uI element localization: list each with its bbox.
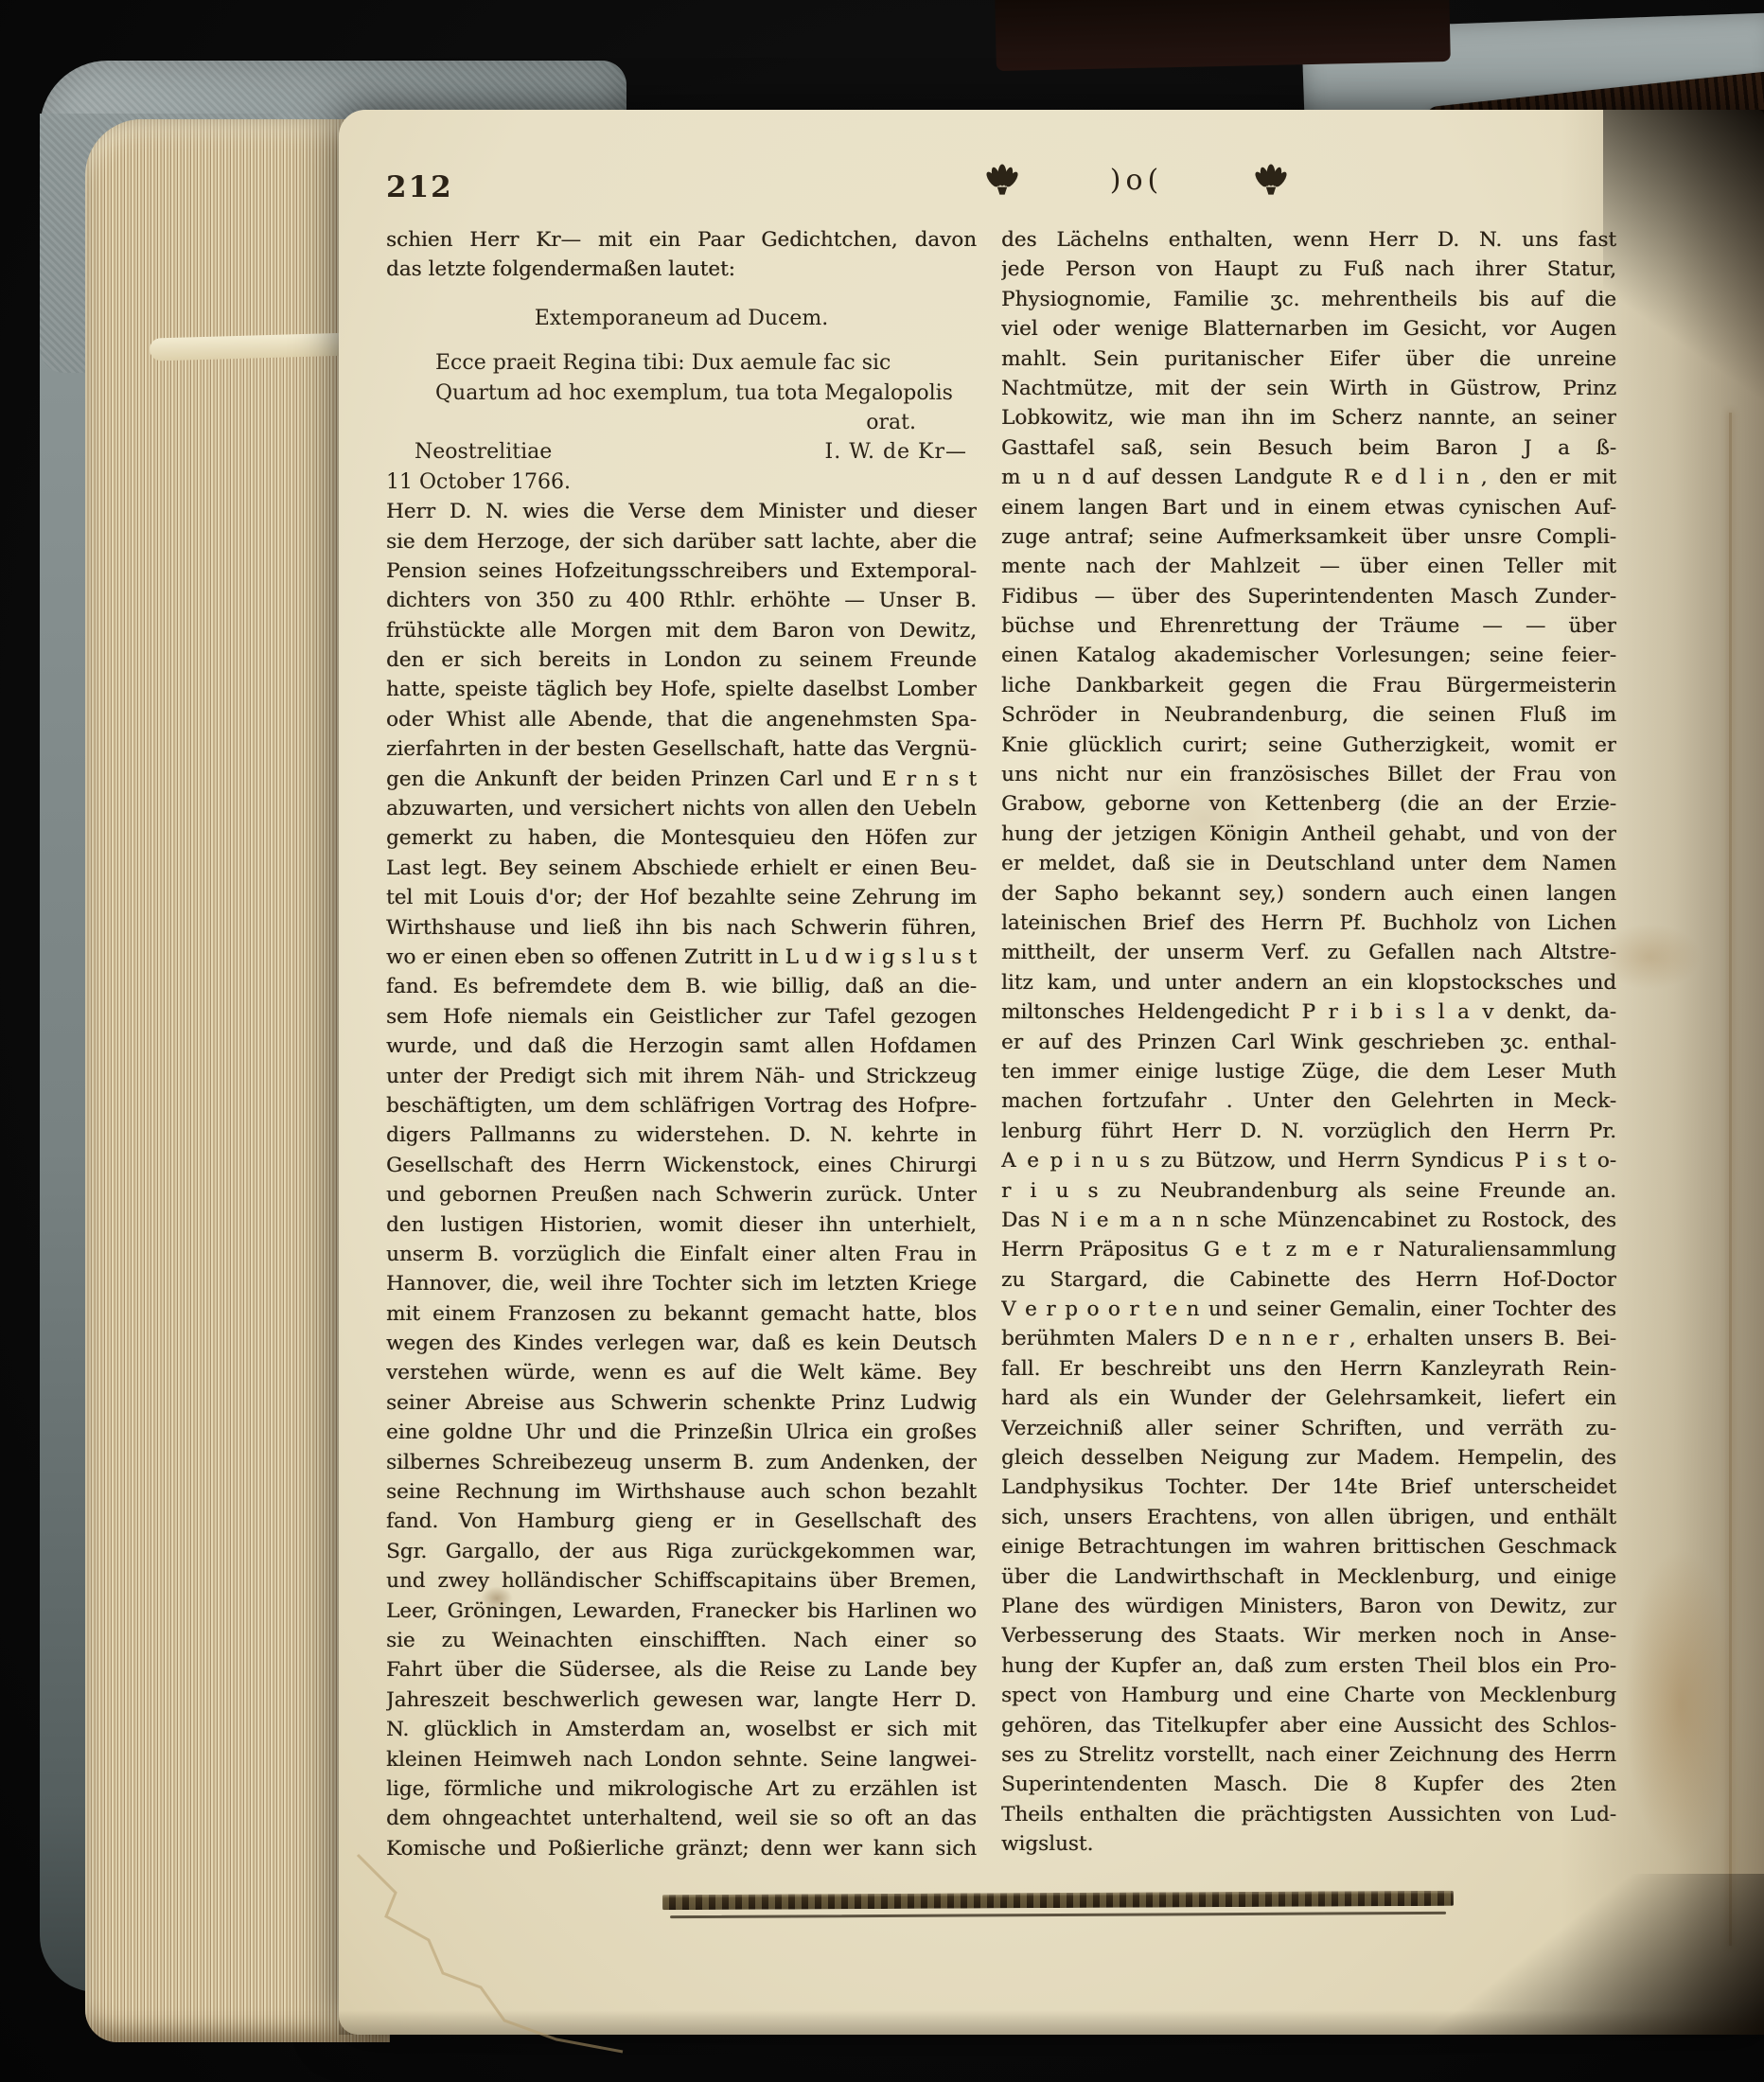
shell-fleuron-icon [1249,161,1293,204]
text-line: seiner Abreise aus Schwerin schenkte Pri… [386,1388,977,1418]
text-line: über die Landwirthschaft in Mecklenburg,… [1001,1562,1616,1592]
text-line: gehören, das Titelkupfer aber eine Aussi… [1001,1711,1616,1740]
text-line: Sgr. Gargallo, der aus Riga zurückgekomm… [386,1537,977,1566]
shell-fleuron-icon [980,161,1024,204]
text-line: fand. Es befremdete dem B. wie billig, d… [386,972,977,1001]
text-line: digers Pallmanns zu widerstehen. D. N. k… [386,1120,977,1150]
text-line: miltonsches Heldengedicht P r i b i s l … [1001,997,1616,1027]
text-line: dem ohngeachtet unterhaltend, weil sie s… [386,1804,977,1833]
text-line: Verzeichniß aller seiner Schriften, und … [1001,1414,1616,1443]
text-line: dichters von 350 zu 400 Rthlr. erhöhte —… [386,586,977,615]
text-line: lateinischen Brief des Herrn Pf. Buchhol… [1001,909,1616,938]
text-line: wigslust. [1001,1829,1616,1859]
text-line: wegen des Kindes verlegen war, daß es ke… [386,1329,977,1358]
text-line: wurde, und daß die Herzogin samt allen H… [386,1032,977,1061]
text-line: ten immer einige lustige Züge, die dem L… [1001,1057,1616,1086]
text-line: Grabow, geborne von Kettenberg (die an d… [1001,789,1616,819]
text-line: hard als ein Wunder der Gelehrsamkeit, l… [1001,1384,1616,1413]
text-line: hatte, speiste täglich bey Hofe, spielte… [386,675,977,704]
book-spine-strip [995,0,1451,71]
text-line: tel mit Louis d'or; der Hof bezahlte sei… [386,883,977,912]
text-line: Pension seines Hofzeitungsschreibers und… [386,556,977,586]
text-line: mit einem Franzosen zu bekannt gemacht h… [386,1299,977,1329]
text-line: Physiognomie, Familie ʒc. mehrentheils b… [1001,285,1616,314]
text-line: einen Katalog akademischer Vorlesungen; … [1001,641,1616,670]
dateline: Neostrelitiae I. W. de Kr— [386,437,977,467]
text-line: spect von Hamburg und eine Charte von Me… [1001,1681,1616,1710]
text-line: Knie glücklich curirt; seine Gutherzigke… [1001,731,1616,760]
dateline-date: 11 October 1766. [386,468,977,497]
text-line: frühstückte alle Morgen mit dem Baron vo… [386,616,977,645]
text-line: Das N i e m a n n sche Münzencabinet zu … [1001,1206,1616,1235]
text-line: berühmten Malers D e n n e r , erhalten … [1001,1324,1616,1353]
text-line: lenburg führt Herr D. N. vorzüglich den … [1001,1117,1616,1146]
text-line: Wirthshause und ließ ihn bis nach Schwer… [386,913,977,943]
text-line: und gebornen Preußen nach Schwerin zurüc… [386,1180,977,1209]
end-rule-bar [662,1891,1454,1910]
text-line: gleich desselben Neigung zur Madem. Hemp… [1001,1443,1616,1473]
text-line: seine Rechnung im Wirthshause auch schon… [386,1477,977,1507]
text-line: sem Hofe niemals ein Geistlicher zur Taf… [386,1002,977,1032]
text-line: Herr D. N. wies die Verse dem Minister u… [386,497,977,526]
text-line: einem langen Bart und in einem etwas cyn… [1001,493,1616,522]
text-line: Nachtmütze, mit der sein Wirth in Güstro… [1001,374,1616,403]
header-separator-mark: )o( [1110,164,1163,203]
text-line: N. glücklich in Amsterdam an, woselbst e… [386,1715,977,1744]
text-line: oder Whist alle Abende, that die angeneh… [386,705,977,734]
text-line: sie zu Weinachten einschifften. Nach ein… [386,1626,977,1655]
header-ornament-row: )o( [980,161,1293,204]
page-crease [1729,413,1732,1946]
text-line: silbernes Schreibezeug unserm B. zum And… [386,1448,977,1477]
paper-stain [1624,1548,1738,1861]
text-line: fand. Von Hamburg gieng er in Gesellscha… [386,1507,977,1536]
text-line: Landphysikus Tochter. Der 14te Brief unt… [1001,1473,1616,1502]
text-line: büchse und Ehrenrettung der Träume — — ü… [1001,611,1616,641]
text-line: machen fortzufahr . Unter den Gelehrten … [1001,1086,1616,1116]
text-line: Hannover, die, weil ihre Tochter sich im… [386,1269,977,1298]
text-line: kleinen Heimweh nach London sehnte. Sein… [386,1745,977,1774]
text-line: mahlt. Sein puritanischer Eifer über die… [1001,344,1616,374]
text-line: des Lächelns enthalten, wenn Herr D. N. … [1001,225,1616,255]
poem-line-end: orat. [386,408,977,437]
book-photo: { "colors": { "page": "#e8e0c6", "ink": … [0,0,1764,2082]
text-line: zuge antraf; seine Aufmerksamkeit über u… [1001,522,1616,552]
text-line: wo er einen eben so offenen Zutritt in L… [386,943,977,972]
text-line: Lobkowitz, wie man ihn im Scherz nannte,… [1001,403,1616,432]
text-line: sie dem Herzoge, der sich darüber satt l… [386,527,977,556]
text-line: Gesellschaft des Herrn Wickenstock, eine… [386,1151,977,1180]
text-line: zierfahrten in der besten Gesellschaft, … [386,734,977,764]
text-line: Schröder in Neubrandenburg, die seinen F… [1001,700,1616,730]
body-paragraph: Herr D. N. wies die Verse dem Minister u… [386,497,977,1863]
text-line: jede Person von Haupt zu Fuß nach ihrer … [1001,255,1616,284]
end-rule [662,1891,1454,1918]
dateline-place: Neostrelitiae [386,437,552,467]
text-line: verstehen würde, wenn es auf die Welt kä… [386,1358,977,1387]
right-text-column: des Lächelns enthalten, wenn Herr D. N. … [1001,225,1616,1859]
body-paragraph: des Lächelns enthalten, wenn Herr D. N. … [1001,225,1616,1859]
text-line: r i u s zu Neubrandenburg als seine Freu… [1001,1176,1616,1206]
text-line: V e r p o o r t e n und seiner Gemalin, … [1001,1295,1616,1324]
text-line: fall. Er beschreibt uns den Herrn Kanzle… [1001,1354,1616,1384]
gutter-shadow-top [1603,110,1764,469]
text-line: Theils enthalten die prächtigsten Aussic… [1001,1800,1616,1829]
text-line: A e p i n u s zu Bützow, und Herrn Syndi… [1001,1146,1616,1175]
text-line: abzuwarten, und versichert nichts von al… [386,794,977,823]
poem-line: Quartum ad hoc exemplum, tua tota Megalo… [386,379,977,408]
text-line: schien Herr Kr— mit ein Paar Gedichtchen… [386,225,977,255]
text-line: mente nach der Mahlzeit — über einen Tel… [1001,552,1616,581]
text-line: Leer, Gröningen, Lewarden, Franecker bis… [386,1597,977,1626]
text-line: unter der Predigt sich mit ihrem Näh- un… [386,1062,977,1091]
text-line: sich, unsers Erachtens, von allen übrige… [1001,1503,1616,1532]
text-line: und zwey holländischer Schiffscapitains … [386,1566,977,1596]
text-line: liche Dankbarkeit gegen die Frau Bürgerm… [1001,671,1616,700]
text-line: Herrn Präpositus G e t z m e r Naturalie… [1001,1235,1616,1264]
text-line: gen die Ankunft der beiden Prinzen Carl … [386,765,977,794]
text-line: das letzte folgendermaßen lautet: [386,255,977,284]
poem-title: Extemporaneum ad Ducem. [386,304,977,333]
poem-line: Ecce praeit Regina tibi: Dux aemule fac … [386,348,977,378]
text-line: Komische und Poßierliche gränzt; denn we… [386,1834,977,1863]
text-line: uns nicht nur ein französisches Billet d… [1001,760,1616,789]
text-line: Plane des würdigen Ministers, Baron von … [1001,1592,1616,1621]
text-line: mittheilt, der unserm Verf. zu Gefallen … [1001,938,1616,967]
text-line: ses zu Strelitz vorstellt, nach einer Ze… [1001,1740,1616,1770]
text-line: der Sapho bekannt sey,) sondern auch ein… [1001,879,1616,909]
left-text-column: schien Herr Kr— mit ein Paar Gedichtchen… [386,225,977,1863]
intro-paragraph: schien Herr Kr— mit ein Paar Gedichtchen… [386,225,977,285]
text-line: hung der Kupfer an, daß zum ersten Theil… [1001,1651,1616,1681]
text-line: Fidibus — über des Superintendenten Masc… [1001,582,1616,611]
text-line: litz kam, und unter andern an ein klopst… [1001,968,1616,997]
text-line: er auf des Prinzen Carl Wink geschrieben… [1001,1028,1616,1057]
text-line: einige Betrachtungen im wahren brittisch… [1001,1532,1616,1561]
text-line: den er sich bereits in London zu seinem … [386,645,977,675]
text-line: zu Stargard, die Cabinette des Herrn Hof… [1001,1265,1616,1295]
text-line: Last legt. Bey seinem Abschiede erhielt … [386,854,977,883]
latin-poem: Ecce praeit Regina tibi: Dux aemule fac … [386,348,977,437]
text-line: gemerkt zu haben, die Montesquieu den Hö… [386,823,977,853]
text-line: Gasttafel saß, sein Besuch beim Baron J … [1001,433,1616,463]
text-line: lige, förmliche und mikrologische Art zu… [386,1774,977,1804]
text-line: Jahreszeit beschwerlich gewesen war, lan… [386,1685,977,1715]
text-line: unserm B. vorzüglich die Einfalt einer a… [386,1240,977,1269]
text-line: viel oder wenige Blatternarben im Gesich… [1001,314,1616,344]
text-line: Verbesserung des Staats. Wir merken noch… [1001,1621,1616,1650]
text-line: er meldet, daß sie in Deutschland unter … [1001,849,1616,878]
text-line: eine goldne Uhr und die Prinzeßin Ulrica… [386,1418,977,1447]
text-line: Superintendenten Masch. Die 8 Kupfer des… [1001,1770,1616,1799]
page-number: 212 [386,170,453,204]
dateline-signature: I. W. de Kr— [825,437,977,467]
text-line: hung der jetzigen Königin Antheil gehabt… [1001,820,1616,849]
text-line: beschäftigten, um dem schläfrigen Vortra… [386,1091,977,1120]
text-line: Fahrt über die Südersee, als die Reise z… [386,1655,977,1685]
text-line: den lustigen Historien, womit dieser ihn… [386,1210,977,1240]
text-line: m u n d auf dessen Landgute R e d l i n … [1001,463,1616,492]
